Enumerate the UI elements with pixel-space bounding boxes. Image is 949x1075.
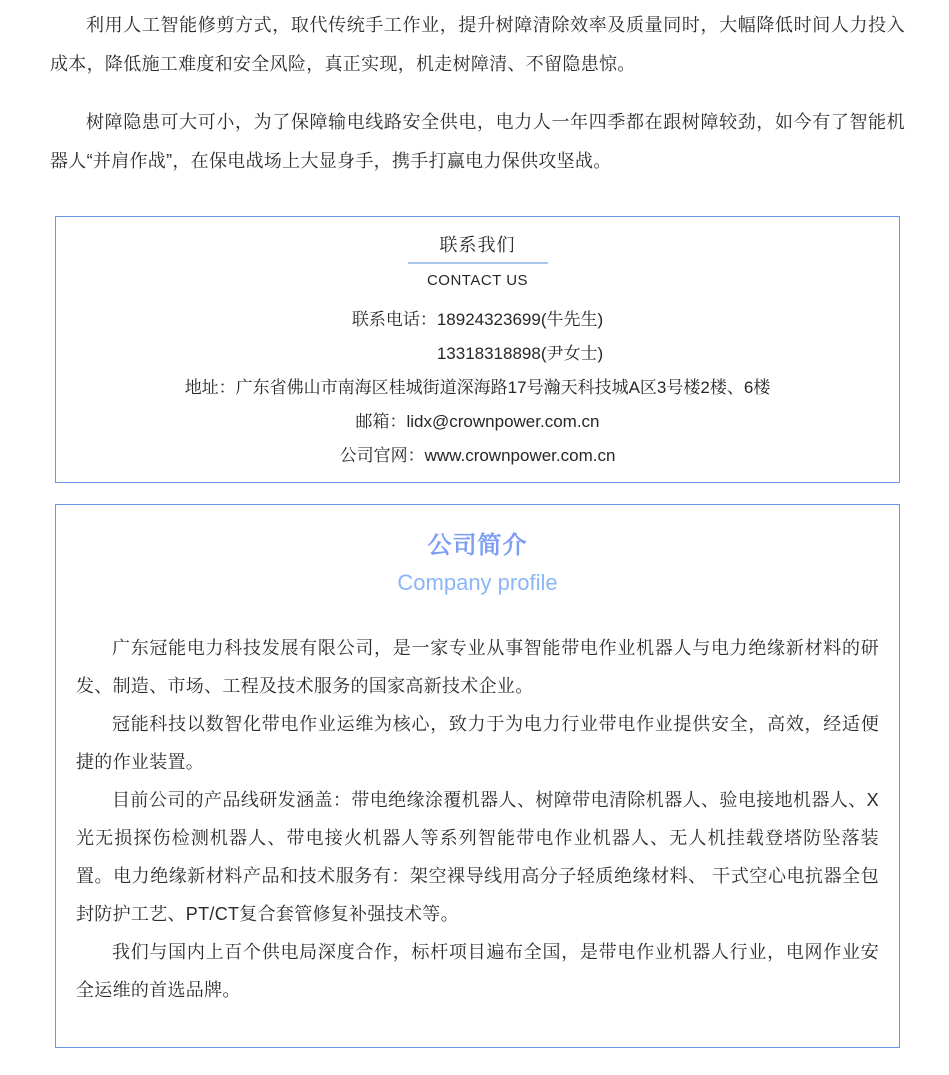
contact-title-divider xyxy=(408,262,548,264)
contact-title: 联系我们 xyxy=(56,233,899,257)
contact-address: 地址：广东省佛山市南海区桂城街道深海路17号瀚天科技城A区3号楼2楼、6楼 xyxy=(56,371,899,405)
contact-info-list: 联系电话： 18924323699(牛先生) 13318318898(尹女士) … xyxy=(56,303,899,473)
company-profile-title: 公司简介 xyxy=(76,531,879,561)
company-profile-card: 公司简介 Company profile 广东冠能电力科技发展有限公司，是一家专… xyxy=(55,504,900,1048)
contact-email: 邮箱：lidx@crownpower.com.cn xyxy=(56,405,899,439)
intro-paragraph-2: 树障隐患可大可小，为了保障输电线路安全供电，电力人一年四季都在跟树障较劲，如今有… xyxy=(50,103,905,181)
company-paragraph-3: 目前公司的产品线研发涵盖：带电绝缘涂覆机器人、树障带电清除机器人、验电接地机器人… xyxy=(76,781,879,933)
intro-paragraph-1: 利用人工智能修剪方式，取代传统手工作业，提升树障清除效率及质量同时，大幅降低时间… xyxy=(50,6,905,84)
company-profile-subtitle: Company profile xyxy=(76,569,879,597)
phone-number-1: 18924323699(牛先生) xyxy=(437,303,603,337)
article-page: 利用人工智能修剪方式，取代传统手工作业，提升树障清除效率及质量同时，大幅降低时间… xyxy=(0,0,949,1075)
company-profile-body: 广东冠能电力科技发展有限公司，是一家专业从事智能带电作业机器人与电力绝缘新材料的… xyxy=(76,629,879,1009)
contact-phone-row: 联系电话： 18924323699(牛先生) 13318318898(尹女士) xyxy=(56,303,899,371)
contact-card: 联系我们 CONTACT US 联系电话： 18924323699(牛先生) 1… xyxy=(55,216,900,483)
phone-number-2: 13318318898(尹女士) xyxy=(437,337,603,371)
phone-label: 联系电话： xyxy=(352,303,437,337)
company-paragraph-4: 我们与国内上百个供电局深度合作，标杆项目遍布全国，是带电作业机器人行业，电网作业… xyxy=(76,933,879,1009)
intro-section: 利用人工智能修剪方式，取代传统手工作业，提升树障清除效率及质量同时，大幅降低时间… xyxy=(0,0,949,181)
company-paragraph-2: 冠能科技以数智化带电作业运维为核心，致力于为电力行业带电作业提供安全，高效，经适… xyxy=(76,705,879,781)
company-paragraph-1: 广东冠能电力科技发展有限公司，是一家专业从事智能带电作业机器人与电力绝缘新材料的… xyxy=(76,629,879,705)
phone-numbers: 18924323699(牛先生) 13318318898(尹女士) xyxy=(437,303,603,371)
contact-subtitle: CONTACT US xyxy=(56,271,899,291)
contact-website: 公司官网：www.crownpower.com.cn xyxy=(56,439,899,473)
